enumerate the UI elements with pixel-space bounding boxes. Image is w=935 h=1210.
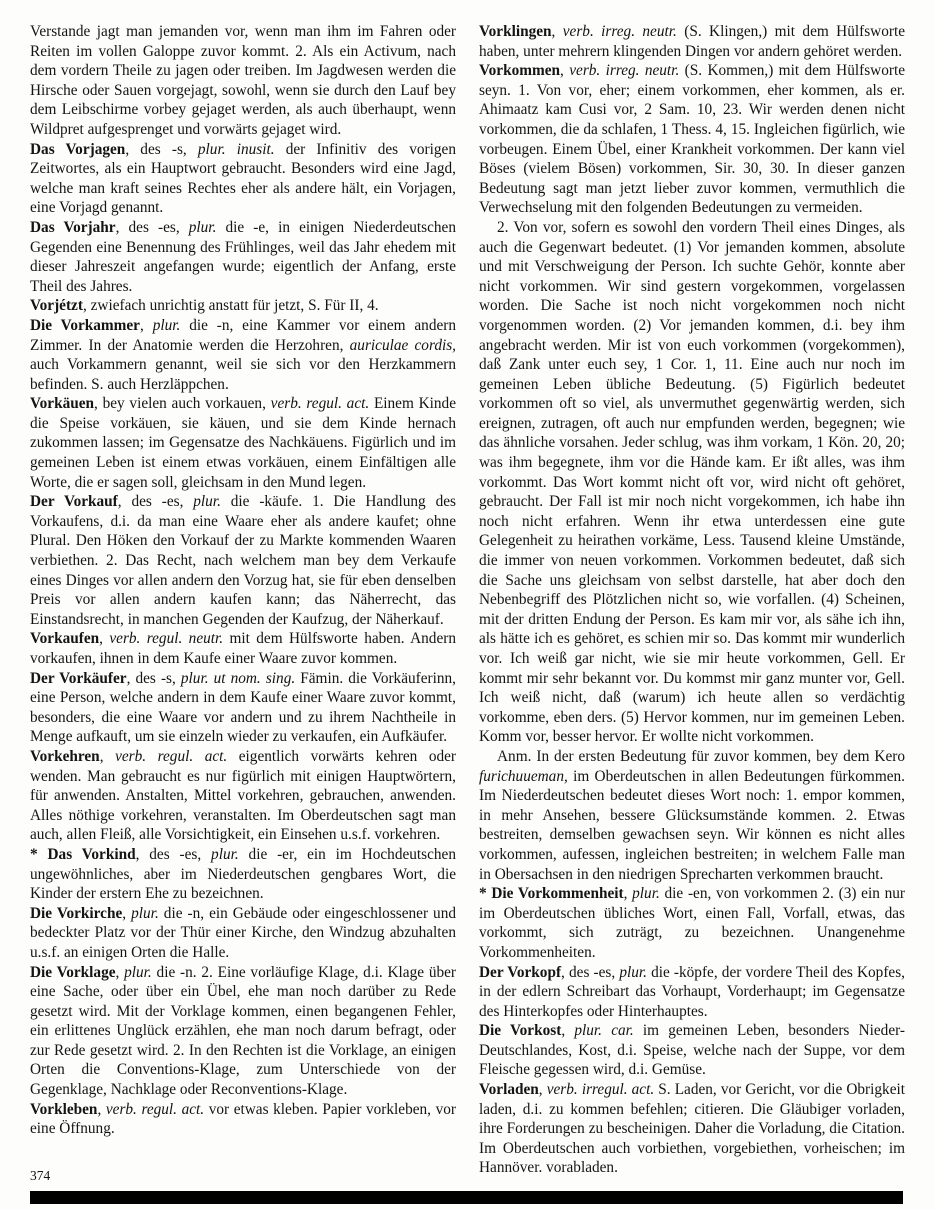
- page-number: 374: [30, 1168, 50, 1184]
- grammar-label: plur.: [211, 846, 239, 863]
- grammar-label: verb. irregul. act.: [547, 1081, 654, 1098]
- grammar-label: plur.: [131, 905, 159, 922]
- grammar-label: plur.: [124, 964, 152, 981]
- right-column: Vorklingen, verb. irreg. neutr. (S. Klin…: [479, 22, 905, 1178]
- headword: Der Vorkäufer: [30, 670, 127, 687]
- entry-vorkaeuen: Vorkäuen, bey vielen auch vorkauen, verb…: [30, 394, 456, 492]
- headword: Die Vorkirche: [30, 905, 122, 922]
- dictionary-page: Verstande jagt man jemanden vor, wenn ma…: [0, 0, 935, 1210]
- entry-vorkirche: Die Vorkirche, plur. die -n, ein Gebäude…: [30, 904, 456, 963]
- vorkommen-anmerkung: Anm. In der ersten Bedeutung für zuvor k…: [479, 747, 905, 884]
- entry-vorkommenheit: * Die Vorkommenheit, plur. die -en, von …: [479, 884, 905, 962]
- grammar-label: furichuueman,: [479, 768, 568, 785]
- headword: Vorkleben: [30, 1101, 97, 1118]
- headword: * Die Vorkommenheit: [479, 885, 624, 902]
- entry-vorkost: Die Vorkost, plur. car. im gemeinen Lebe…: [479, 1021, 905, 1080]
- headword: Vorkaufen: [30, 630, 99, 647]
- grammar-label: plur. ut nom. sing.: [181, 670, 295, 687]
- headword: Die Vorklage: [30, 964, 116, 981]
- grammar-label: auriculae cordis,: [350, 337, 456, 354]
- entry-vorkehren: Vorkehren, verb. regul. act. eigentlich …: [30, 747, 456, 845]
- grammar-label: verb. regul. act.: [271, 395, 370, 412]
- entry-vorkaeufer: Der Vorkäufer, des -s, plur. ut nom. sin…: [30, 669, 456, 747]
- entry-vorjahr: Das Vorjahr, des -es, plur. die -e, in e…: [30, 218, 456, 296]
- grammar-label: plur. inusit.: [198, 141, 275, 158]
- entry-vorklage: Die Vorklage, plur. die -n. 2. Eine vorl…: [30, 963, 456, 1100]
- grammar-label: verb. regul. act.: [106, 1101, 204, 1118]
- grammar-label: plur.: [193, 493, 221, 510]
- entry-vorkind: * Das Vorkind, des -es, plur. die -er, e…: [30, 845, 456, 904]
- headword: Die Vorkost: [479, 1022, 561, 1039]
- entry-vorkauf: Der Vorkauf, des -es, plur. die -käufe. …: [30, 492, 456, 629]
- entry-vorjetzt: Vorjétzt, zwiefach unrichtig anstatt für…: [30, 296, 456, 316]
- entry-vorkaufen: Vorkaufen, verb. regul. neutr. mit dem H…: [30, 629, 456, 668]
- grammar-label: plur. car.: [574, 1022, 633, 1039]
- vorkommen-sense-2: 2. Von vor, sofern es sowohl den vordern…: [479, 218, 905, 747]
- entry-vorkommen: Vorkommen, verb. irreg. neutr. (S. Komme…: [479, 61, 905, 218]
- entry-vorklingen: Vorklingen, verb. irreg. neutr. (S. Klin…: [479, 22, 905, 61]
- grammar-label: verb. irreg. neutr.: [563, 23, 677, 40]
- continuation-vorjagen: Verstande jagt man jemanden vor, wenn ma…: [30, 22, 456, 140]
- headword: Die Vorkammer: [30, 317, 140, 334]
- entry-vorjagen: Das Vorjagen, des -s, plur. inusit. der …: [30, 140, 456, 218]
- headword: Das Vorjahr: [30, 219, 116, 236]
- grammar-label: verb. regul. neutr.: [109, 630, 223, 647]
- grammar-label: verb. irreg. neutr.: [569, 62, 679, 79]
- grammar-label: plur.: [619, 964, 647, 981]
- entry-vorkleben: Vorkleben, verb. regul. act. vor etwas k…: [30, 1100, 456, 1139]
- headword: * Das Vorkind: [30, 846, 136, 863]
- grammar-label: verb. regul. act.: [115, 748, 227, 765]
- left-column: Verstande jagt man jemanden vor, wenn ma…: [30, 22, 456, 1139]
- headword: Der Vorkopf: [479, 964, 561, 981]
- headword: Das Vorjagen: [30, 141, 125, 158]
- headword: Vorjétzt: [30, 297, 83, 314]
- headword: Vorkäuen: [30, 395, 94, 412]
- entry-vorkopf: Der Vorkopf, des -es, plur. die -köpfe, …: [479, 963, 905, 1022]
- bottom-rule: [30, 1191, 903, 1204]
- grammar-label: plur.: [189, 219, 217, 236]
- grammar-label: plur.: [153, 317, 181, 334]
- entry-vorladen: Vorladen, verb. irregul. act. S. Laden, …: [479, 1080, 905, 1178]
- headword: Der Vorkauf: [30, 493, 118, 510]
- grammar-label: plur.: [632, 885, 660, 902]
- headword: Vorkehren: [30, 748, 100, 765]
- headword: Vorkommen: [479, 62, 560, 79]
- entry-vorkammer: Die Vorkammer, plur. die -n, eine Kammer…: [30, 316, 456, 394]
- headword: Vorklingen: [479, 23, 552, 40]
- headword: Vorladen: [479, 1081, 539, 1098]
